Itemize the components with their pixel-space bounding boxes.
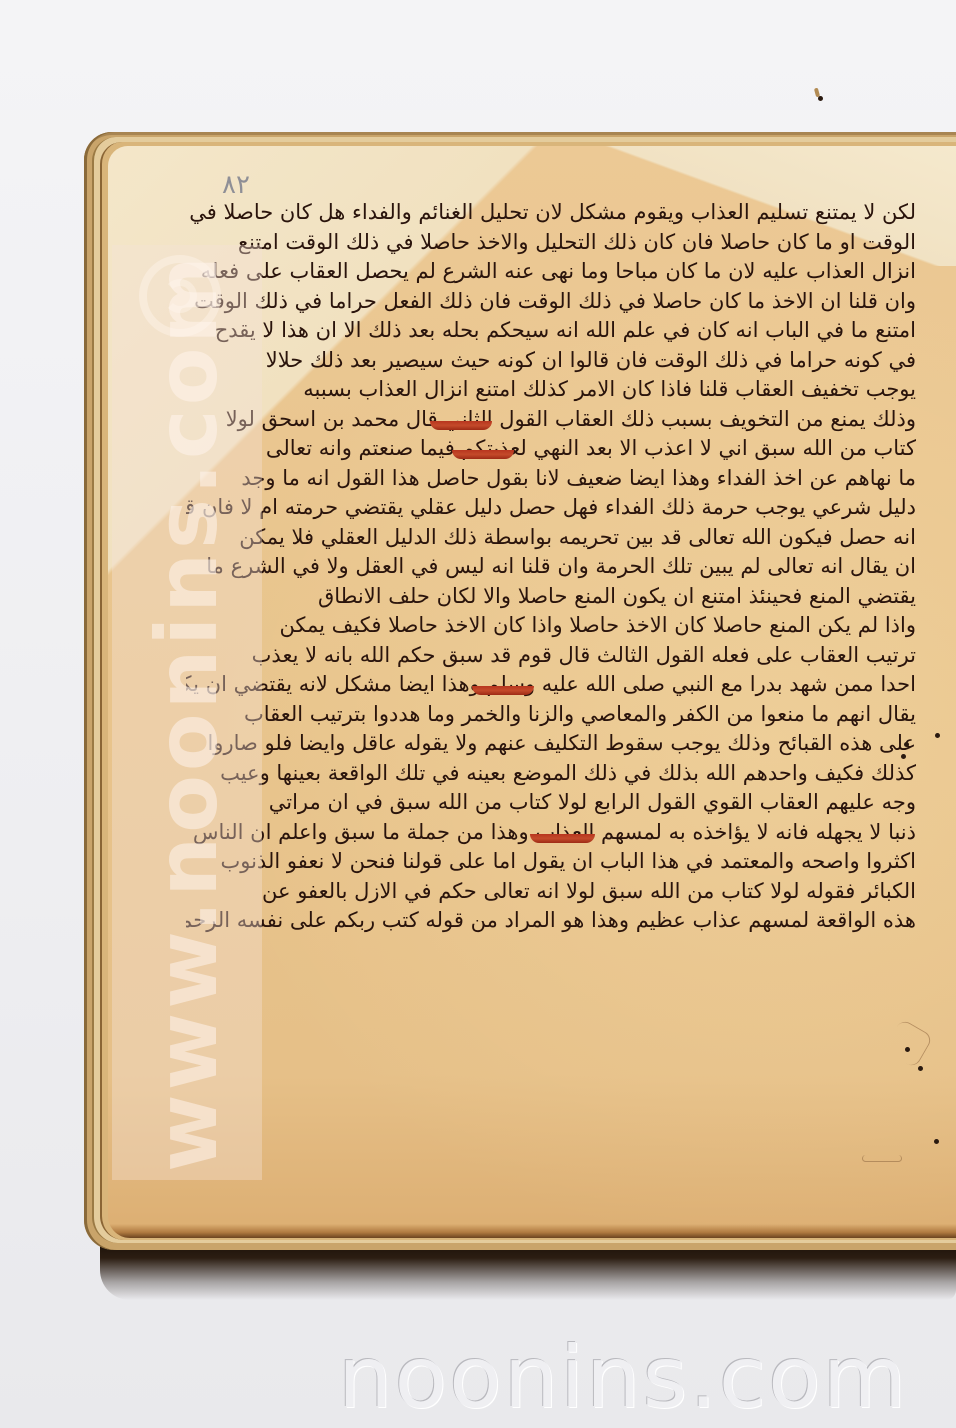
manuscript-line: الكبائر فقوله لولا كتاب من الله سبق لولا… bbox=[186, 877, 916, 907]
folio-number: ٨٢ bbox=[222, 170, 250, 200]
red-rubric-stroke bbox=[472, 686, 534, 695]
manuscript-line: كتاب من الله سبق اني لا اعذب الا بعد الن… bbox=[186, 434, 916, 464]
manuscript-line: يقتضي المنع فحينئذ امتنع ان يكون المنع ح… bbox=[186, 582, 916, 612]
watermark-vertical-text: www.noonins.com bbox=[138, 252, 236, 1172]
manuscript-line: على هذه القبائح وذلك يوجب سقوط التكليف ع… bbox=[186, 729, 916, 759]
ink-dot bbox=[934, 1139, 939, 1144]
red-rubric-stroke bbox=[452, 450, 514, 459]
manuscript-line: وجه عليهم العقاب القوي القول الرابع لولا… bbox=[186, 788, 916, 818]
manuscript-line: ما نهاهم عن اخذ الفداء وهذا ايضا ضعيف لا… bbox=[186, 464, 916, 494]
ink-dot bbox=[904, 742, 909, 747]
manuscript-line: ذنبا لا يجهله فانه لا يؤاخذه به لمسهم ال… bbox=[186, 818, 916, 848]
manuscript-line: امتنع ما في الباب انه كان في علم الله ان… bbox=[186, 316, 916, 346]
manuscript-text-block: لكن لا يمتنع تسليم العذاب ويقوم مشكل لان… bbox=[186, 198, 916, 936]
ink-dot bbox=[901, 754, 906, 759]
manuscript-line: اكثروا واصحه والمعتمد في هذا الباب ان يق… bbox=[186, 847, 916, 877]
manuscript-line: ترتيب العقاب على فعله القول الثالث قال ق… bbox=[186, 641, 916, 671]
manuscript-line: يوجب تخفيف العقاب قلنا فاذا كان الامر كذ… bbox=[186, 375, 916, 405]
page-bottom-edge bbox=[108, 1224, 956, 1238]
manuscript-line: وان قلنا ان الاخذ ما كان حاصلا في ذلك ال… bbox=[186, 287, 916, 317]
watermark-bottom-text: noonins.com bbox=[338, 1328, 908, 1428]
manuscript-line: ان يقال انه تعالى لم يبين تلك الحرمة وان… bbox=[186, 552, 916, 582]
manuscript-line: احدا ممن شهد بدرا مع النبي صلى الله عليه… bbox=[186, 670, 916, 700]
manuscript-line: في كونه حراما في ذلك الوقت فان قالوا ان … bbox=[186, 346, 916, 376]
ink-dot bbox=[935, 733, 940, 738]
manuscript-line: دليل شرعي يوجب حرمة ذلك الفداء فهل حصل د… bbox=[186, 493, 916, 523]
red-rubric-stroke bbox=[430, 421, 492, 430]
manuscript-line: وذلك يمنع من التخويف بسبب ذلك العقاب الق… bbox=[186, 405, 916, 435]
wormhole-trail bbox=[862, 1155, 902, 1162]
ink-dot bbox=[918, 1066, 923, 1071]
manuscript-line: لكن لا يمتنع تسليم العذاب ويقوم مشكل لان… bbox=[186, 198, 916, 228]
manuscript-line: يقال انهم ما منعوا من الكفر والمعاصي وال… bbox=[186, 700, 916, 730]
manuscript-line: انزال العذاب عليه لان ما كان مباحا وما ن… bbox=[186, 257, 916, 287]
ink-dot bbox=[818, 96, 823, 101]
manuscript-line: واذا لم يكن المنع حاصلا كان الاخذ حاصلا … bbox=[186, 611, 916, 641]
manuscript-line: هذه الواقعة لمسهم عذاب عظيم وهذا هو المر… bbox=[186, 906, 916, 936]
manuscript-line: انه حصل فيكون الله تعالى قد بين تحريمه ب… bbox=[186, 523, 916, 553]
manuscript-line: الوقت او ما كان حاصلا فان كان ذلك التحلي… bbox=[186, 228, 916, 258]
manuscript-line: كذلك فكيف واحدهم الله بذلك في ذلك الموضع… bbox=[186, 759, 916, 789]
red-rubric-stroke bbox=[530, 834, 595, 843]
